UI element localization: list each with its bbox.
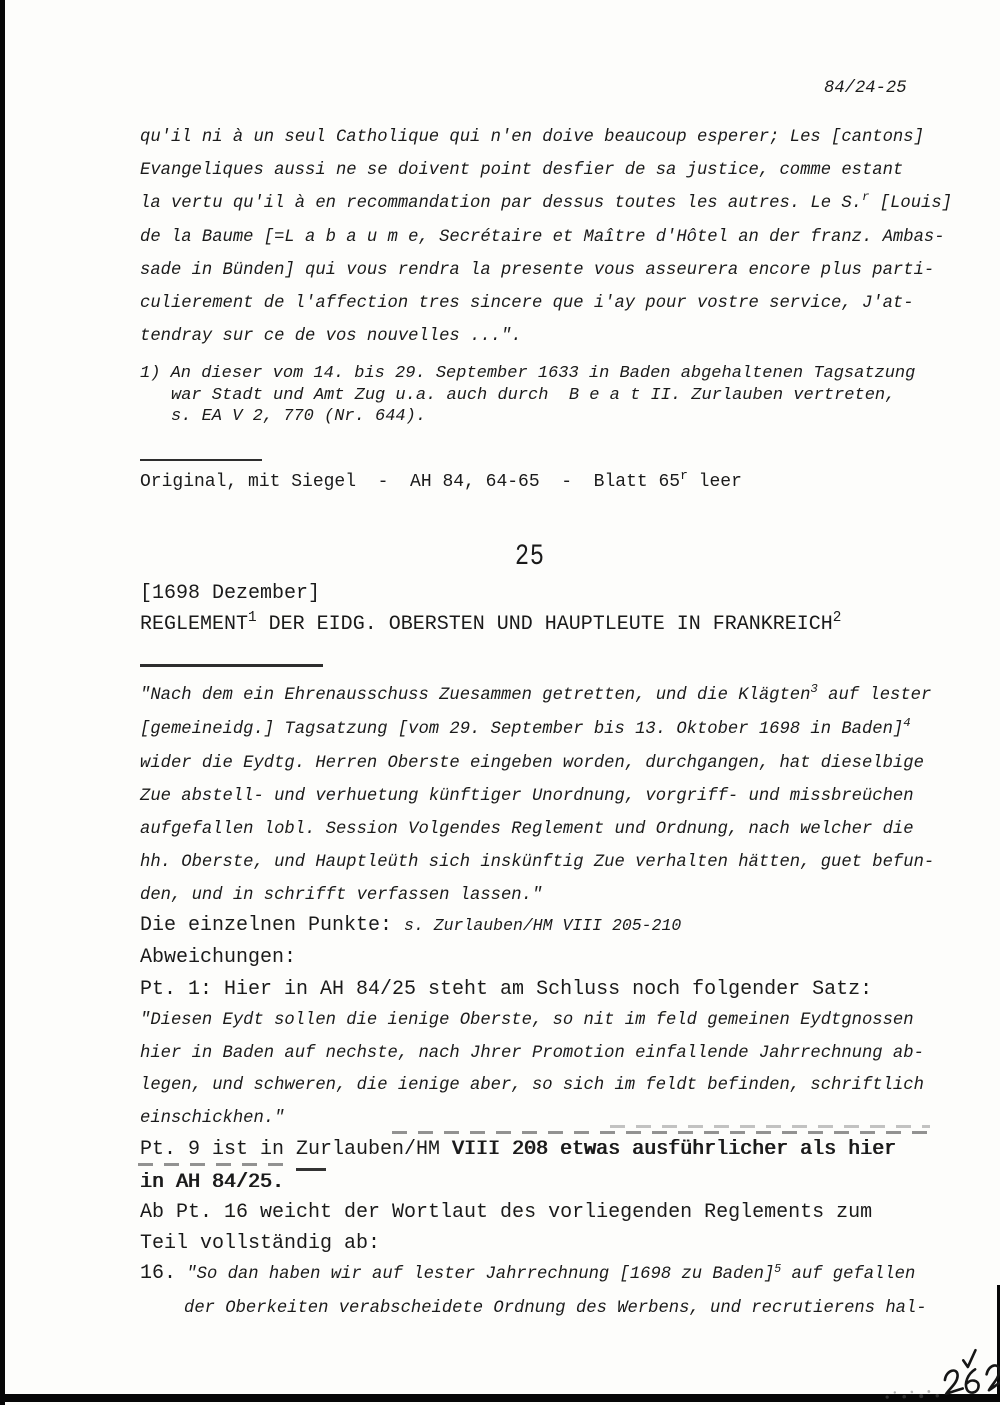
correction-dash — [296, 1168, 326, 1171]
footnote-rule — [140, 459, 262, 461]
quote-line: hier in Baden auf nechste, nach Jhrer Pr… — [140, 1038, 924, 1071]
quote-line: "Diesen Eydt sollen die ienige Oberste, … — [140, 1005, 924, 1038]
quote-line: den, und in schrifft verfassen lassen." — [140, 879, 934, 912]
footnote-line: war Stadt und Amt Zug u.a. auch durch B … — [140, 385, 915, 407]
footnote-1: 1) An dieser vom 14. bis 29. September 1… — [140, 363, 915, 428]
superscript-4: 4 — [903, 716, 910, 730]
superscript-5: 5 — [774, 1263, 781, 1276]
quote-line: aufgefallen lobl. Session Volgendes Regl… — [140, 813, 934, 846]
item-16: 16. "So dan haben wir auf lester Jahrrec… — [140, 1257, 927, 1326]
footnote-line: 1) An dieser vom 14. bis 29. September 1… — [140, 363, 915, 385]
document-number: 25 — [515, 540, 553, 574]
quote-line: tendray sur ce de vos nouvelles ...". — [140, 320, 952, 353]
title-footnote-1: 1 — [248, 610, 257, 626]
heading-block: [1698 Dezember] REGLEMENT1 DER EIDG. OBE… — [140, 577, 841, 643]
correction-marks — [610, 1125, 930, 1128]
digit-2 — [944, 1370, 963, 1394]
scan-edge-left — [0, 0, 5, 1405]
quote-line: la vertu qu'il à en recommandation par d… — [140, 187, 952, 221]
overtyped-reference: VIII 208 — [452, 1138, 548, 1161]
quote-line: [gemeineidg.] Tagsatzung [vom 29. Septem… — [140, 713, 934, 747]
archive-reference-text: 84/24-25 — [824, 72, 907, 105]
superscript-r: r — [862, 190, 869, 204]
superscript-3: 3 — [810, 682, 817, 696]
superscript-r: r — [680, 468, 688, 483]
date-line: [1698 Dezember] — [140, 577, 841, 610]
quote-line: sade in Bünden] qui vous rendra la prese… — [140, 254, 952, 287]
quote-line: wider die Eydtg. Herren Oberste eingeben… — [140, 747, 934, 780]
title-footnote-2: 2 — [833, 610, 842, 626]
quote-line: culierement de l'affection tres sincere … — [140, 287, 952, 320]
quote-line: hh. Oberste, und Hauptleüth sich inskünf… — [140, 846, 934, 879]
source-text: Original, mit Siegel - AH 84, 64-65 - Bl… — [140, 466, 742, 499]
note-punkte: Die einzelnen Punkte: s. Zurlauben/HM VI… — [140, 909, 681, 942]
quote-line: "Nach dem ein Ehrenausschuss Zuesammen g… — [140, 679, 934, 713]
note-pt16: Ab Pt. 16 weicht der Wortlaut des vorlie… — [140, 1197, 872, 1259]
quote-line: legen, und schweren, die ienige aber, so… — [140, 1070, 924, 1103]
footnote-marker: 1) — [140, 364, 160, 383]
quote-reglement: "Nach dem ein Ehrenausschuss Zuesammen g… — [140, 679, 934, 912]
quote-line: de la Baume [=L a b a u m e, Secrétaire … — [140, 221, 952, 254]
check-mark-icon — [962, 1350, 976, 1367]
correction-marks — [138, 1163, 290, 1166]
punkte-reference: s. Zurlauben/HM VIII 205-210 — [404, 916, 681, 935]
digit-2 — [986, 1365, 1000, 1390]
title-line: REGLEMENT1 DER EIDG. OBERSTEN UND HAUPTL… — [140, 608, 841, 643]
source-line: Original, mit Siegel - AH 84, 64-65 - Bl… — [140, 466, 742, 499]
archive-reference: 84/24-25 — [824, 72, 907, 105]
quote-line: Zue abstell- und verhuetung künftiger Un… — [140, 780, 934, 813]
item-16-number: 16. — [140, 1262, 176, 1285]
title-rule — [140, 664, 323, 667]
quote-pt1: "Diesen Eydt sollen die ienige Oberste, … — [140, 1005, 924, 1135]
footnote-line: s. EA V 2, 770 (Nr. 644). — [140, 406, 915, 428]
note-pt1: Pt. 1: Hier in AH 84/25 steht am Schluss… — [140, 973, 872, 1006]
document-number-text: 25 — [515, 540, 545, 574]
handwritten-number-icon — [848, 1340, 1000, 1402]
quote-french: qu'il ni à un seul Catholique qui n'en d… — [140, 121, 952, 353]
correction-marks — [392, 1131, 938, 1134]
note-abweichungen: Abweichungen: — [140, 941, 296, 974]
digit-6 — [965, 1369, 980, 1393]
scanned-document-page: { "page": { "ref": "84/24-25", "number_l… — [0, 0, 1000, 1405]
handwritten-annotation — [848, 1340, 1000, 1402]
punkte-label: Die einzelnen Punkte: — [140, 914, 404, 937]
note-pt9: Pt. 9 ist in Zurlauben/HM VIII 208 etwas… — [140, 1134, 896, 1199]
quote-line: qu'il ni à un seul Catholique qui n'en d… — [140, 121, 952, 154]
quote-line: Evangeliques aussi ne se doivent point d… — [140, 154, 952, 187]
